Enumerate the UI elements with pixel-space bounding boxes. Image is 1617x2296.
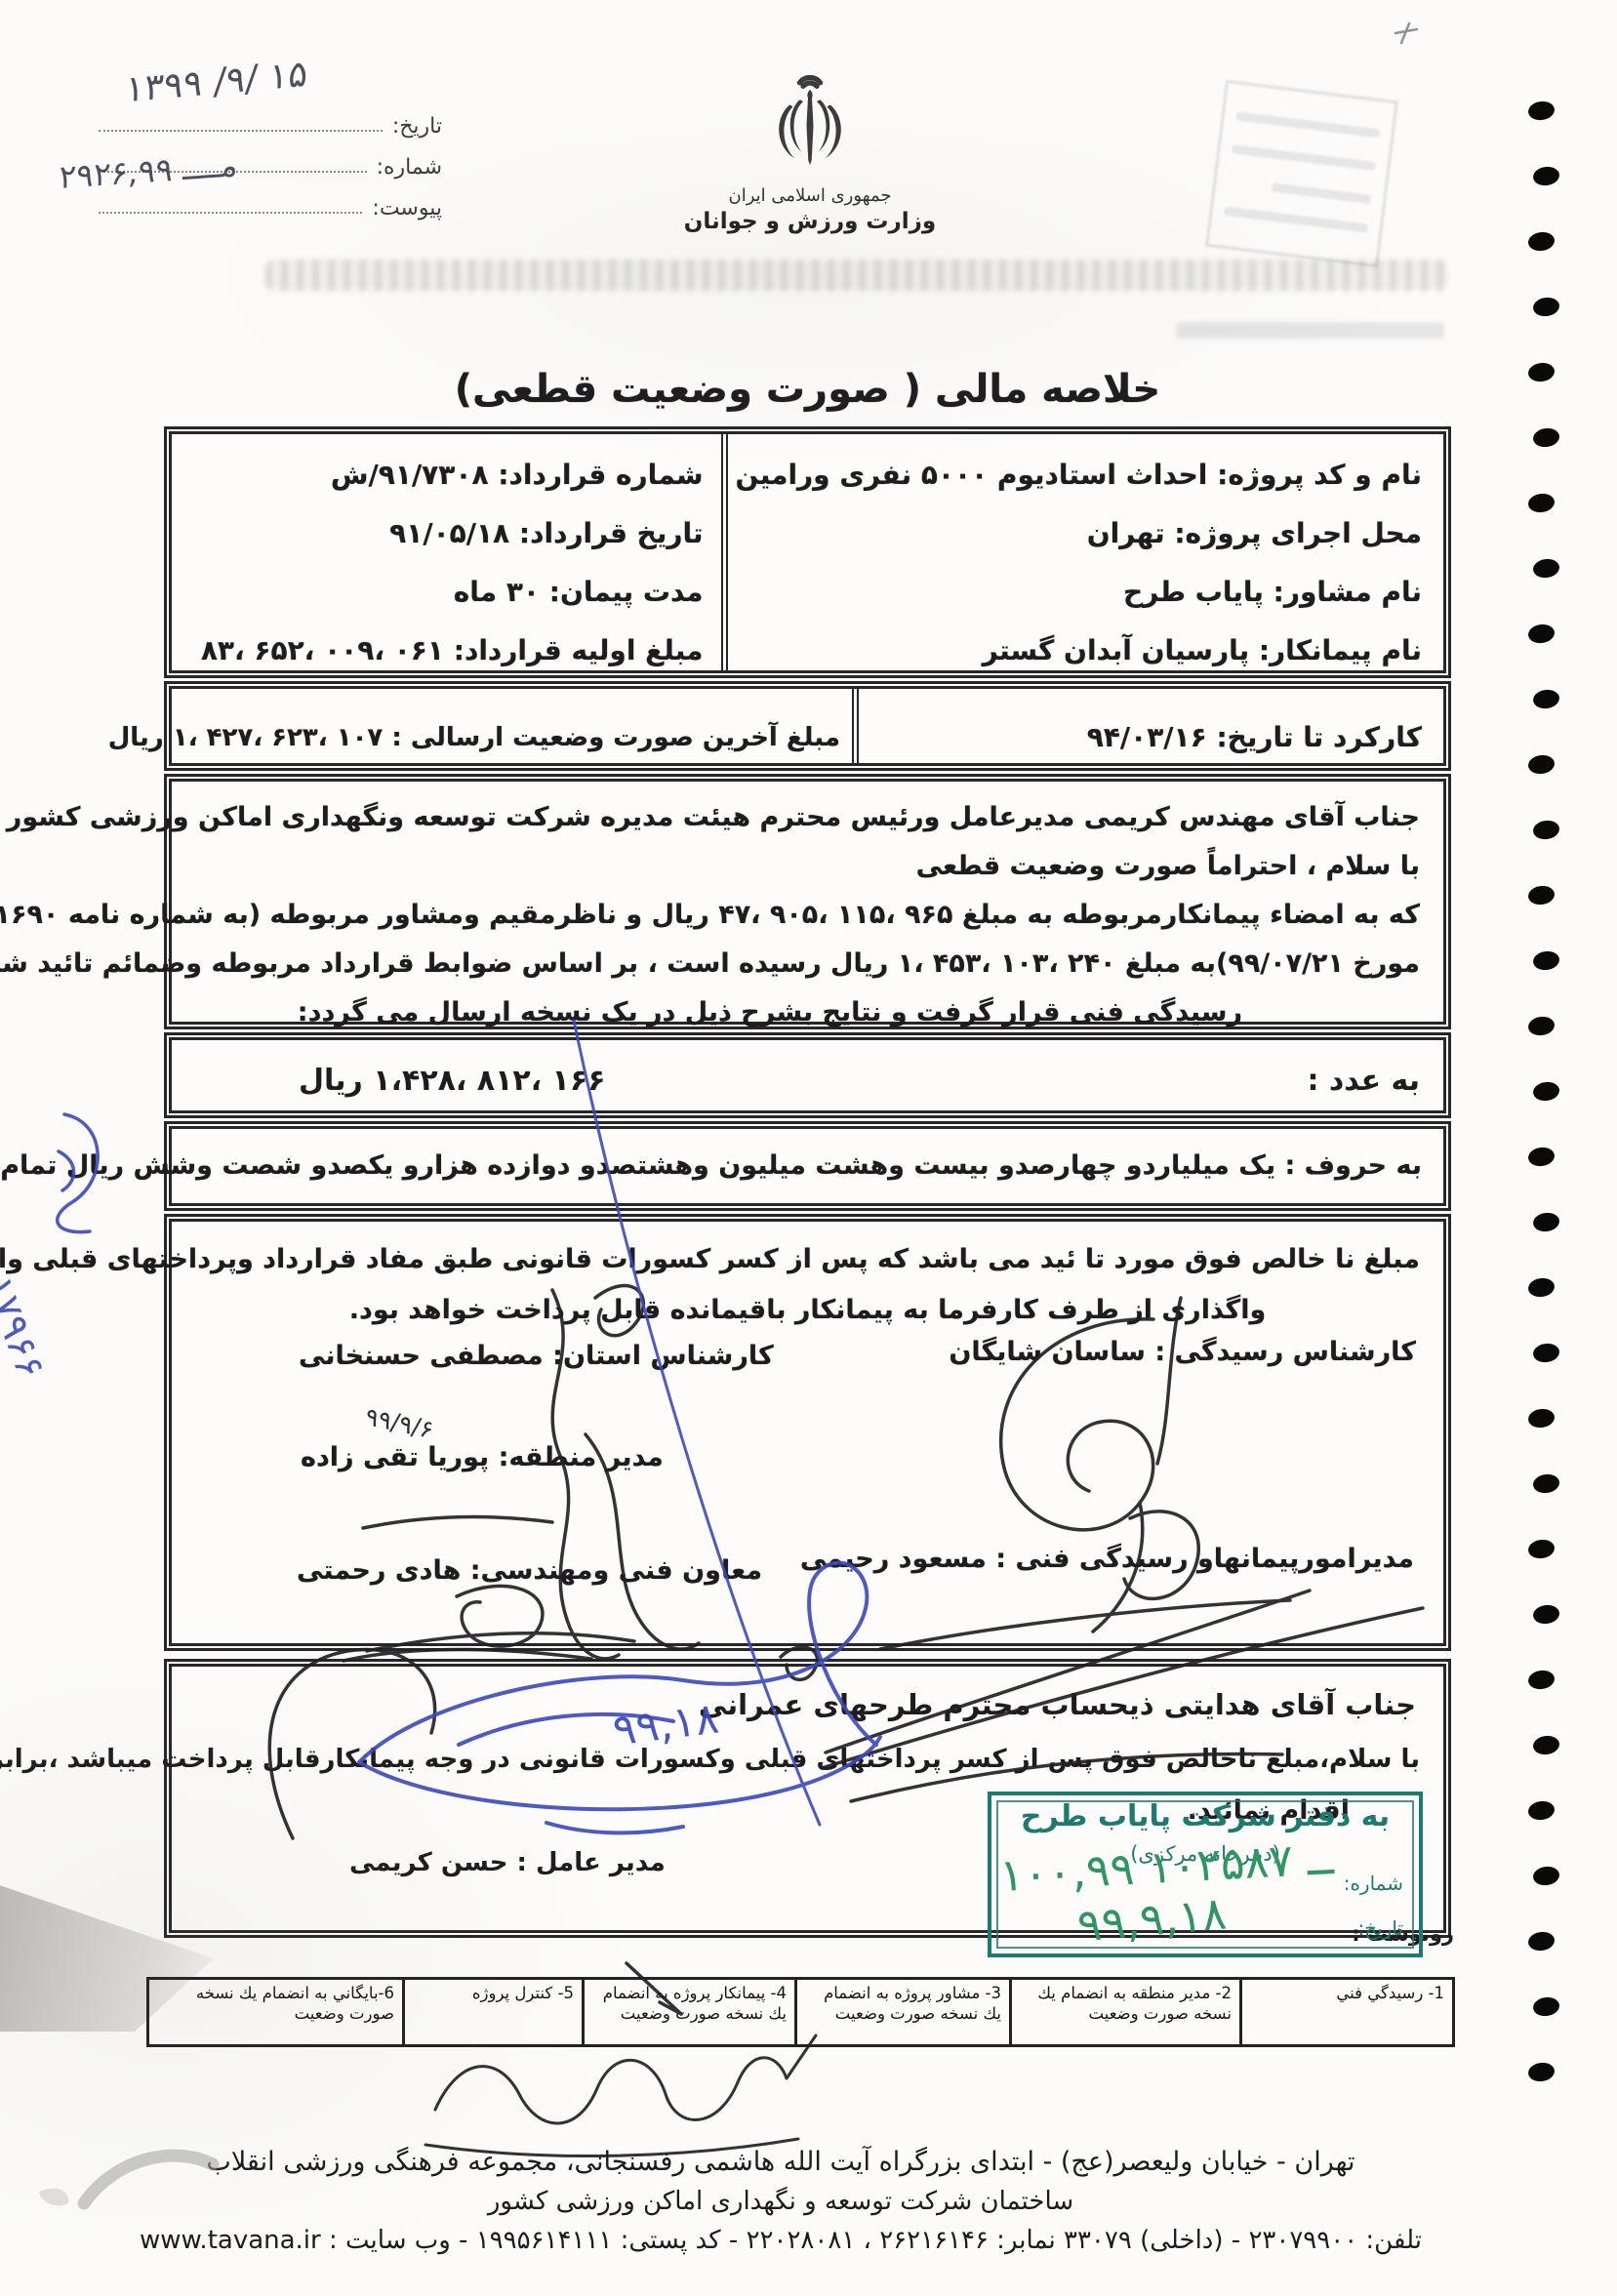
amount-unit: ریال xyxy=(299,1064,363,1098)
binder-hole xyxy=(1527,1015,1556,1037)
binder-hole xyxy=(1527,1276,1556,1299)
closing-body-line: با سلام،مبلغ ناخالص فوق پس از کسر پرداخت… xyxy=(0,1745,1420,1774)
copy-item-5: 5- كنترل پروژه xyxy=(402,1980,582,2044)
binder-hole xyxy=(1527,100,1556,122)
project-location-line: محل اجرای پروژه: تهران xyxy=(736,504,1423,563)
binder-hole xyxy=(1532,1080,1560,1103)
faint-text-smudge xyxy=(1176,322,1444,339)
stamp-date-label: تاریخ: xyxy=(1357,1916,1403,1940)
binder-hole xyxy=(1527,1407,1556,1430)
contract-info-cell: شماره قرارداد: ۹۱/۷۳۰۸/ش تاریخ قرارداد: … xyxy=(172,434,721,670)
scan-smudge-band xyxy=(265,260,1448,291)
binder-hole xyxy=(1527,1930,1556,1953)
binder-hole xyxy=(1527,1146,1556,1168)
project-info-table: نام و کد پروژه: احداث استادیوم ⁦۵۰۰۰⁩ نف… xyxy=(164,426,1451,678)
receipt-stamp: به دفتر شرکت پایاب طرح (دبیرخانه مرکزی) … xyxy=(988,1792,1423,1957)
footer-address: تهران - خیابان ولیعصر(عج) - ابتدای بزرگر… xyxy=(88,2143,1474,2260)
binder-hole xyxy=(1527,1799,1556,1822)
binder-hole xyxy=(1532,557,1560,580)
faded-stamp-mark xyxy=(1205,80,1398,267)
copy-item-2: 2- مدير منطقه به انضمام يك نسخه صورت وضع… xyxy=(1009,1980,1239,2044)
worked-to-date-line: کارکرد تا تاریخ: ۹۴/۰۳/۱۶ xyxy=(867,706,1422,769)
national-emblem-icon xyxy=(767,74,853,181)
consultant-name-line: نام مشاور: پایاب طرح xyxy=(736,563,1423,622)
amount-numeric-label: به عدد : xyxy=(1307,1064,1420,1098)
binder-hole xyxy=(1532,949,1560,972)
amount-digits: ۱،۴۲۸، ۸۱۲، ۱۶۶ xyxy=(373,1064,605,1098)
footer-contact-line: تلفن: ۲۳۰۷۹۹۰۰ - (داخلی) ۳۳۰۷۹ نمابر: ۲۶… xyxy=(88,2221,1474,2260)
date-dotted-line xyxy=(99,129,383,132)
binder-hole xyxy=(1532,1865,1560,1887)
copy-item-6: 6-بايگاني به انضمام يك نسخه صورت وضعيت xyxy=(149,1980,402,2044)
handwritten-signature-date: ۹۹/۹/۶ xyxy=(363,1402,436,1444)
binder-hole xyxy=(1527,2061,1556,2083)
scanned-document-page: تاریخ: شماره: پیوست: ۱۳۹۹ /۹/ ۱۵ مــــ ۲… xyxy=(0,0,1617,2296)
ceo-signature-label: مدیر عامل : حسن کریمی xyxy=(349,1848,666,1877)
attachment-dotted-line xyxy=(99,211,362,214)
binder-hole xyxy=(1532,819,1560,841)
binder-hole xyxy=(1527,884,1556,906)
contracts-manager-signature-label: مدیرامورپیمانهاو رسیدگی فنی : مسعود رحیم… xyxy=(800,1544,1414,1574)
letter-line-2: با سلام ، احتراماً صورت وضعیت قطعی xyxy=(185,842,1420,891)
footer-address-line-2: ساختمان شرکت توسعه و نگهداری اماکن ورزشی… xyxy=(88,2182,1474,2221)
binder-hole xyxy=(1532,165,1560,187)
contract-date-line: تاریخ قرارداد: ۹۱/۰۵/۱۸ xyxy=(180,504,704,563)
project-name-line: نام و کد پروژه: احداث استادیوم ⁦۵۰۰۰⁩ نف… xyxy=(736,446,1423,504)
note-line-2: واگذاری از طرف کارفرما به پیمانکار باقیم… xyxy=(172,1286,1443,1335)
pencil-mark xyxy=(1395,23,1417,43)
margin-blue-number: ۱۷۹۶۶ xyxy=(0,1270,54,1385)
amount-numeric-row: به عدد : ۱،۴۲۸، ۸۱۲، ۱۶۶ ریال xyxy=(164,1032,1451,1118)
letter-body: جناب آقای مهندس کریمی مدیرعامل ورئیس محت… xyxy=(164,774,1451,1029)
document-title: خلاصه مالی ( صورت وضعیت قطعی) xyxy=(164,367,1451,412)
project-info-cell: نام و کد پروژه: احداث استادیوم ⁦۵۰۰۰⁩ نف… xyxy=(721,434,1444,670)
binder-hole xyxy=(1532,688,1560,710)
contract-duration-line: مدت پیمان: ۳۰ ماه xyxy=(180,563,704,622)
letter-line-3: که به امضاء پیمانکارمربوطه به مبلغ ⁦۴۷، … xyxy=(185,891,1420,940)
note-line-1: مبلغ نا خالص فوق مورد تا ئید می باشد که … xyxy=(0,1235,1420,1284)
binder-hole xyxy=(1527,492,1556,514)
binder-hole xyxy=(1532,1342,1560,1364)
government-name: جمهوری اسلامی ایران xyxy=(625,185,995,206)
worked-to-date-cell: کارکرد تا تاریخ: ۹۴/۰۳/۱۶ xyxy=(852,689,1443,763)
binder-hole xyxy=(1527,361,1556,383)
initial-amount-line: مبلغ اولیه قرارداد: ⁦۸۳، ۶۵۲، ۰۰۹، ۰۶۱⁩ xyxy=(180,622,704,680)
binder-hole xyxy=(1532,1995,1560,2018)
contractor-name-line: نام پیمانکار: پارسیان آبدان گستر xyxy=(736,622,1423,680)
note-and-signatures: مبلغ نا خالص فوق مورد تا ئید می باشد که … xyxy=(164,1214,1451,1651)
copies-table: 1- رسيدگي فني 2- مدير منطقه به انضمام يك… xyxy=(146,1977,1455,2047)
ministry-name: وزارت ورزش و جوانان xyxy=(625,209,995,234)
binder-hole xyxy=(1532,296,1560,318)
letter-line-4: مورخ ۹۹/۰۷/۲۱)به مبلغ ⁦۱، ۴۵۳، ۱۰۳، ۲۴۰⁩… xyxy=(185,940,1420,988)
contractor-scribble-signature xyxy=(425,2035,816,2155)
copy-item-3: 3- مشاور پروژه به انضمام يك نسخه صورت وض… xyxy=(794,1980,1009,2044)
binder-hole xyxy=(1532,1211,1560,1233)
reviewer-signature-label: کارشناس رسیدگی : ساسان شایگان xyxy=(949,1337,1416,1367)
binder-hole xyxy=(1527,1669,1556,1691)
letter-line-5: رسیدگی فنی قرار گرفت و نتایج بشرح ذیل در… xyxy=(185,988,1242,1037)
closing-addressee-line: جناب آقای هدایتی ذیحساب محترم طرحهای عمر… xyxy=(699,1688,1416,1721)
deputy-signature-label: معاون فنی ومهندسی: هادی رحمتی xyxy=(297,1555,762,1586)
amount-words-row: به حروف : یک میلیاردو چهارصدو بیست وهشت … xyxy=(164,1121,1451,1211)
handwritten-number-suffix: مــــ xyxy=(182,145,239,187)
letter-line-1: جناب آقای مهندس کریمی مدیرعامل ورئیس محت… xyxy=(185,793,1420,842)
binder-hole xyxy=(1532,1472,1560,1495)
stamp-office-line: به دفتر شرکت پایاب طرح xyxy=(991,1799,1419,1833)
contract-number-line: شماره قرارداد: ۹۱/۷۳۰۸/ش xyxy=(180,446,704,504)
footer-address-line-1: تهران - خیابان ولیعصر(عج) - ابتدای بزرگر… xyxy=(88,2143,1474,2182)
stamp-number-label: شماره: xyxy=(1344,1872,1403,1895)
amount-numeric-value: ۱،۴۲۸، ۸۱۲، ۱۶۶ ریال xyxy=(299,1064,605,1098)
province-expert-signature-label: کارشناس استان: مصطفی حسنخانی xyxy=(299,1341,774,1371)
amount-words-line: به حروف : یک میلیاردو چهارصدو بیست وهشت … xyxy=(185,1150,1422,1181)
copy-item-1: 1- رسيدگي فني xyxy=(1239,1980,1452,2044)
binder-hole xyxy=(1527,230,1556,253)
binder-hole xyxy=(1532,1734,1560,1756)
last-statement-line: مبلغ آخرین صورت وضعیت ارسالی : ⁦۱، ۴۲۷، … xyxy=(108,706,840,769)
handwritten-number-value: ۲۹۲۶,۹۹ xyxy=(59,150,174,196)
attachment-label: پیوست: xyxy=(372,196,446,221)
copy-item-4: 4- پيمانكار پروژه به انضمام يك نسخه صورت… xyxy=(582,1980,794,2044)
binder-hole xyxy=(1527,1538,1556,1560)
last-statement-cell: مبلغ آخرین صورت وضعیت ارسالی : ⁦۱، ۴۲۷، … xyxy=(101,689,852,763)
work-summary-row: کارکرد تا تاریخ: ۹۴/۰۳/۱۶ مبلغ آخرین صور… xyxy=(164,681,1451,771)
binder-hole xyxy=(1532,1603,1560,1626)
binder-hole xyxy=(1527,623,1556,645)
binder-hole xyxy=(1532,426,1560,449)
binder-hole xyxy=(1527,753,1556,776)
region-manager-signature-label: مدیر منطقه: پوریا تقی زاده xyxy=(301,1442,664,1472)
